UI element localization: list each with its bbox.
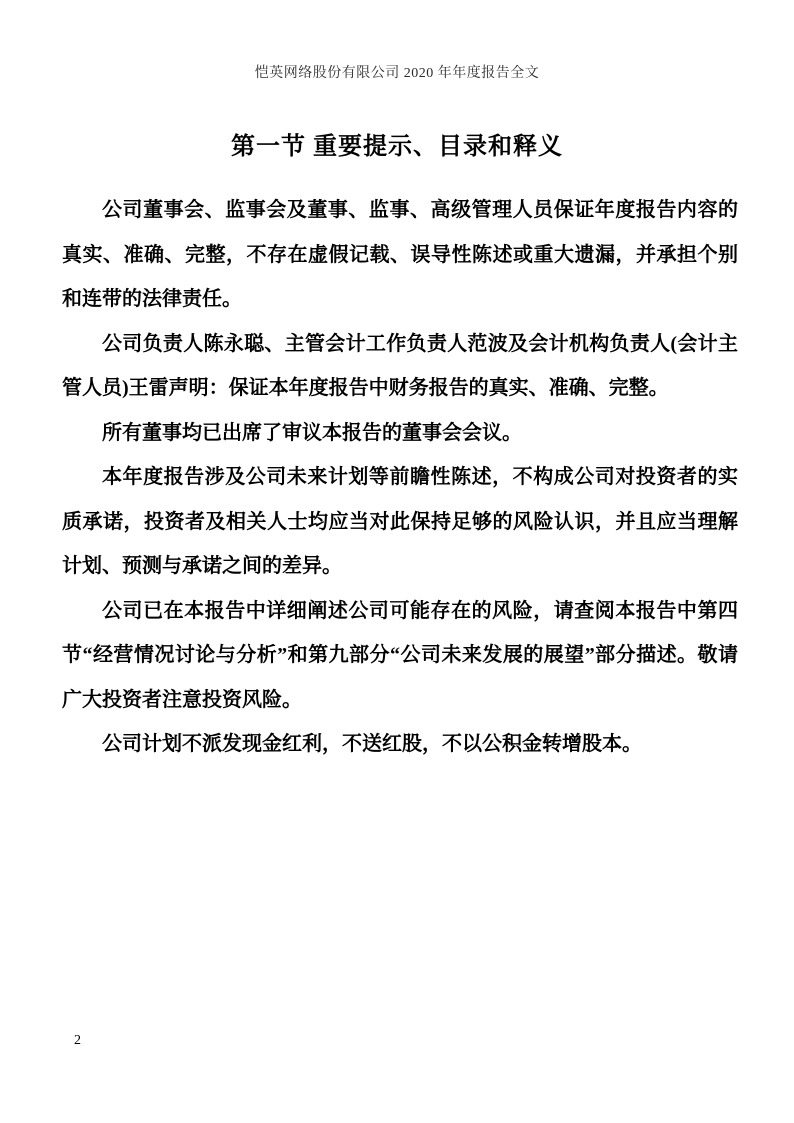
page-number: 2 xyxy=(74,1033,81,1049)
running-header: 恺英网络股份有限公司 2020 年年度报告全文 xyxy=(0,62,794,82)
paragraph-risk-description: 公司已在本报告中详细阐述公司可能存在的风险，请查阅本报告中第四节“经营情况讨论与… xyxy=(62,589,738,723)
report-page: 恺英网络股份有限公司 2020 年年度报告全文 第一节 重要提示、目录和释义 公… xyxy=(0,0,794,1123)
body-text: 公司董事会、监事会及董事、监事、高级管理人员保证年度报告内容的真实、准确、完整，… xyxy=(62,188,738,767)
paragraph-board-guarantee: 公司董事会、监事会及董事、监事、高级管理人员保证年度报告内容的真实、准确、完整，… xyxy=(62,188,738,322)
paragraph-directors-attendance: 所有董事均已出席了审议本报告的董事会会议。 xyxy=(62,411,738,456)
paragraph-responsible-persons: 公司负责人陈永聪、主管会计工作负责人范波及会计机构负责人(会计主管人员)王雷声明… xyxy=(62,322,738,411)
section-title: 第一节 重要提示、目录和释义 xyxy=(0,126,794,161)
paragraph-forward-looking: 本年度报告涉及公司未来计划等前瞻性陈述，不构成公司对投资者的实质承诺，投资者及相… xyxy=(62,455,738,589)
paragraph-dividend-plan: 公司计划不派发现金红利，不送红股，不以公积金转增股本。 xyxy=(62,722,738,767)
